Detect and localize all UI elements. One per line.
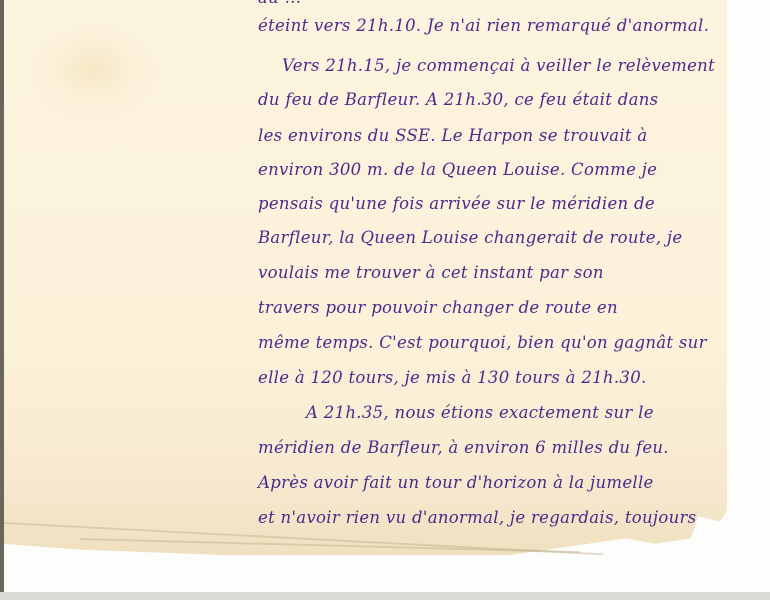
text-line: pensais qu'une fois arrivée sur le mérid… (258, 194, 655, 213)
text-line: A 21h.35, nous étions exactement sur le (306, 403, 654, 422)
text-line: les environs du SSE. Le Harpon se trouva… (258, 126, 648, 145)
text-line: et n'avoir rien vu d'anormal, je regarda… (258, 508, 696, 527)
text-line: elle à 120 tours, je mis à 130 tours à 2… (258, 368, 647, 387)
text-line: Vers 21h.15, je commençai à veiller le r… (282, 56, 715, 75)
text-line: du feu de Barfleur. A 21h.30, ce feu éta… (258, 90, 658, 109)
text-line: voulais me trouver à cet instant par son (258, 263, 604, 282)
scan-bottom-edge (0, 592, 770, 600)
text-line: environ 300 m. de la Queen Louise. Comme… (258, 160, 657, 179)
text-line: travers pour pouvoir changer de route en (258, 298, 618, 317)
text-line: Barfleur, la Queen Louise changerait de … (258, 228, 682, 247)
text-line-partial: au ... (258, 0, 301, 7)
text-line: même temps. C'est pourquoi, bien qu'on g… (258, 333, 707, 352)
text-line: méridien de Barfleur, à environ 6 milles… (258, 438, 669, 457)
text-line: Après avoir fait un tour d'horizon à la … (258, 473, 654, 492)
text-line: éteint vers 21h.10. Je n'ai rien remarqu… (258, 16, 709, 35)
scan-left-edge (0, 0, 4, 600)
